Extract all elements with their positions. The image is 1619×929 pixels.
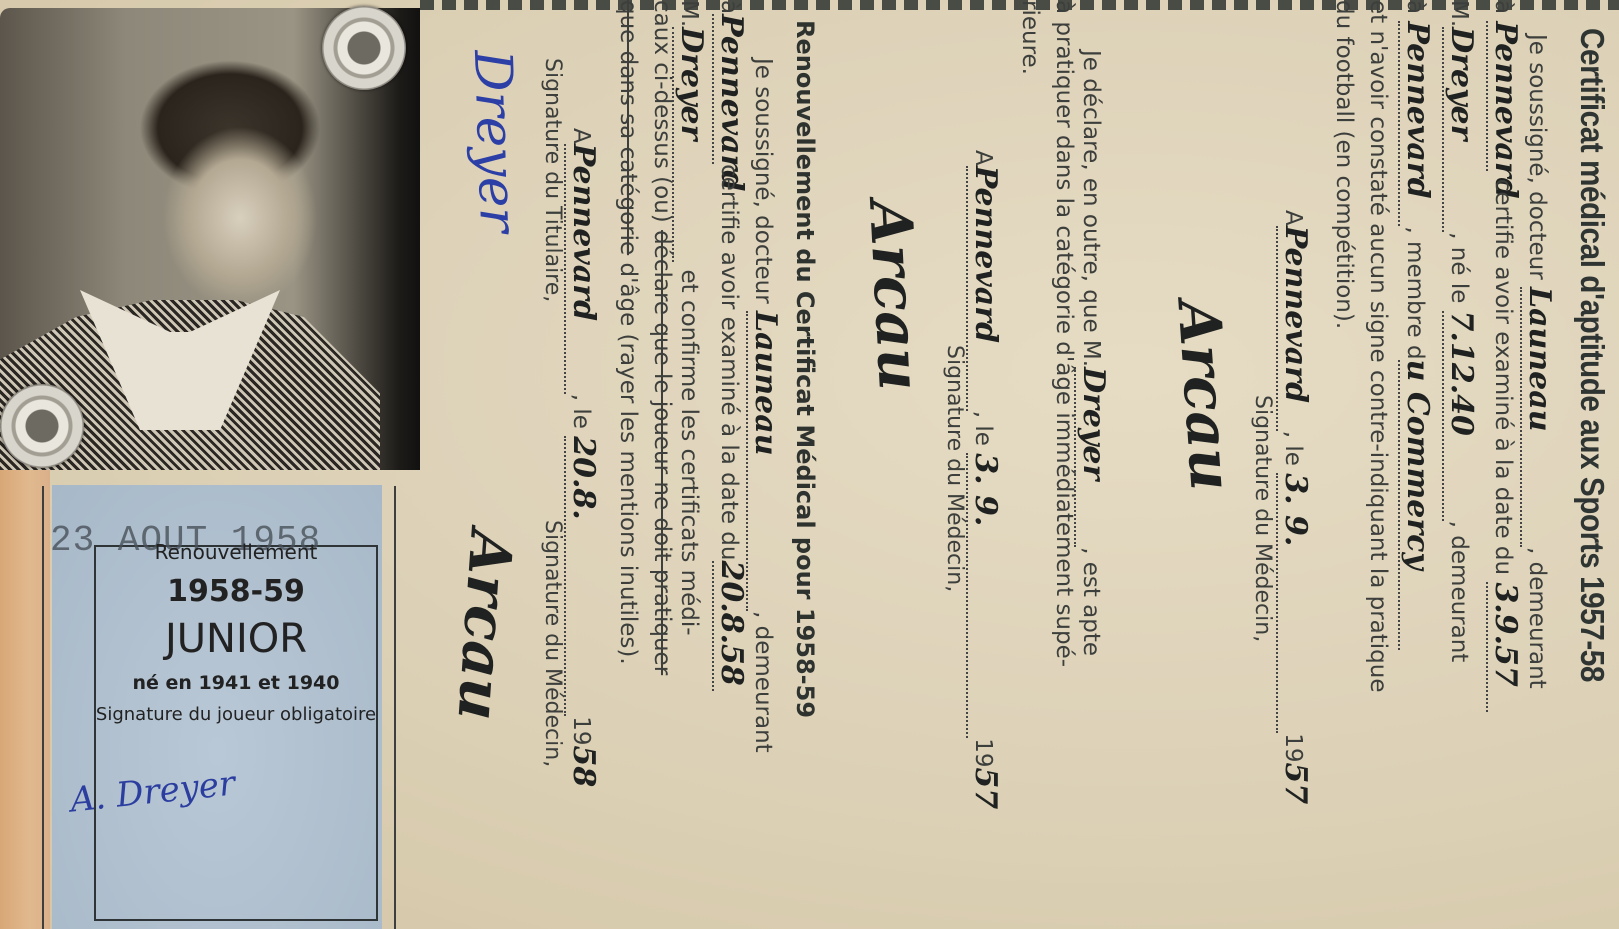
renewal-line-5: que dans sa catégorie d'âge (rayer les m…: [615, 0, 641, 665]
player-town-field: Pennevard: [1398, 21, 1435, 226]
renewal-line-3: M.Dreyer et confirme les certificats méd…: [672, 0, 709, 636]
doctor-town-field: Pennevard: [1486, 21, 1523, 171]
cert-line-3: M.Dreyer, né le 7.12.40, demeurant: [1442, 0, 1479, 662]
decl-player-field: Dreyer: [1074, 367, 1111, 547]
holder-signature: Dreyer: [462, 49, 528, 233]
grommet-icon: [322, 6, 406, 90]
doctor-signature-3: Arcau: [444, 528, 525, 723]
cert-line-4: à Pennevard, membre du Commercy: [1398, 0, 1435, 650]
decl-line-3: rieure.: [1017, 0, 1043, 75]
stamp-season: 1958-59: [94, 574, 378, 609]
certificate-title: Certificat médical d'aptitude aux Sports…: [1573, 28, 1611, 682]
certificate-text: Certificat médical d'aptitude aux Sports…: [439, 0, 1619, 929]
stamp-renewal-label: Renouvellement: [94, 540, 378, 564]
cert-signature-label: Signature du Médecin,: [1250, 395, 1275, 642]
renewal-doctor-signature-label: Signature du Médecin,: [540, 520, 565, 767]
cert-line-2: à Pennevard certifie avoir examiné à la …: [1486, 0, 1523, 712]
club-field: u Commercy: [1398, 360, 1435, 650]
player-name-field: Dreyer: [1442, 27, 1479, 232]
certificate-card: 23 AOUT 1958 Renouvellement 1958-59 JUNI…: [0, 0, 1619, 929]
exam-date-field: 3.9.57: [1486, 582, 1523, 712]
renewal-line-2: àPennevardcertifie avoir examiné à la da…: [712, 0, 749, 691]
decl-signature-label: Signature du Médecin,: [942, 345, 967, 592]
cert-place-date: APennevard, le 3. 9.1957: [1276, 210, 1313, 804]
decl-place-date: APennevard, le 3. 9.1957: [966, 150, 1003, 809]
grommet-icon: [0, 384, 84, 468]
renewal-line-1: Je soussigné, docteur Launeau, demeurant: [746, 58, 783, 753]
renewal-heading: Renouvellement du Certificat Médical pou…: [791, 20, 819, 718]
doctor-name-field: Launeau: [1520, 287, 1557, 547]
renewal-place-date: APennevard, le 20.8.1958: [564, 128, 601, 787]
cert-line-5: et n'avoir constaté aucun signe contre-i…: [1365, 0, 1391, 693]
stamp-signature-label: Signature du joueur obligatoire: [94, 704, 378, 726]
doctor-signature-1: Arcau: [1164, 298, 1245, 493]
doctor-signature-2: Arcau: [856, 198, 934, 392]
decl-line-1: Je déclare, en outre, que M.Dreyer, est …: [1074, 50, 1111, 656]
birth-date-field: 7.12.40: [1442, 311, 1479, 521]
cert-line-1: Je soussigné, docteur Launeau, demeurant: [1520, 34, 1557, 689]
renewal-line-4: caux ci-dessus (ou) déclare que le joueu…: [649, 0, 675, 675]
cert-line-6: du football (en compétition).: [1331, 0, 1357, 329]
holder-signature-label: Signature du Titulaire,: [540, 58, 565, 302]
stamp-category: JUNIOR: [94, 616, 378, 662]
stamp-born-years: né en 1941 et 1940: [94, 672, 378, 694]
decl-line-2: à pratiquer dans la catégorie d'âge immé…: [1051, 0, 1077, 667]
